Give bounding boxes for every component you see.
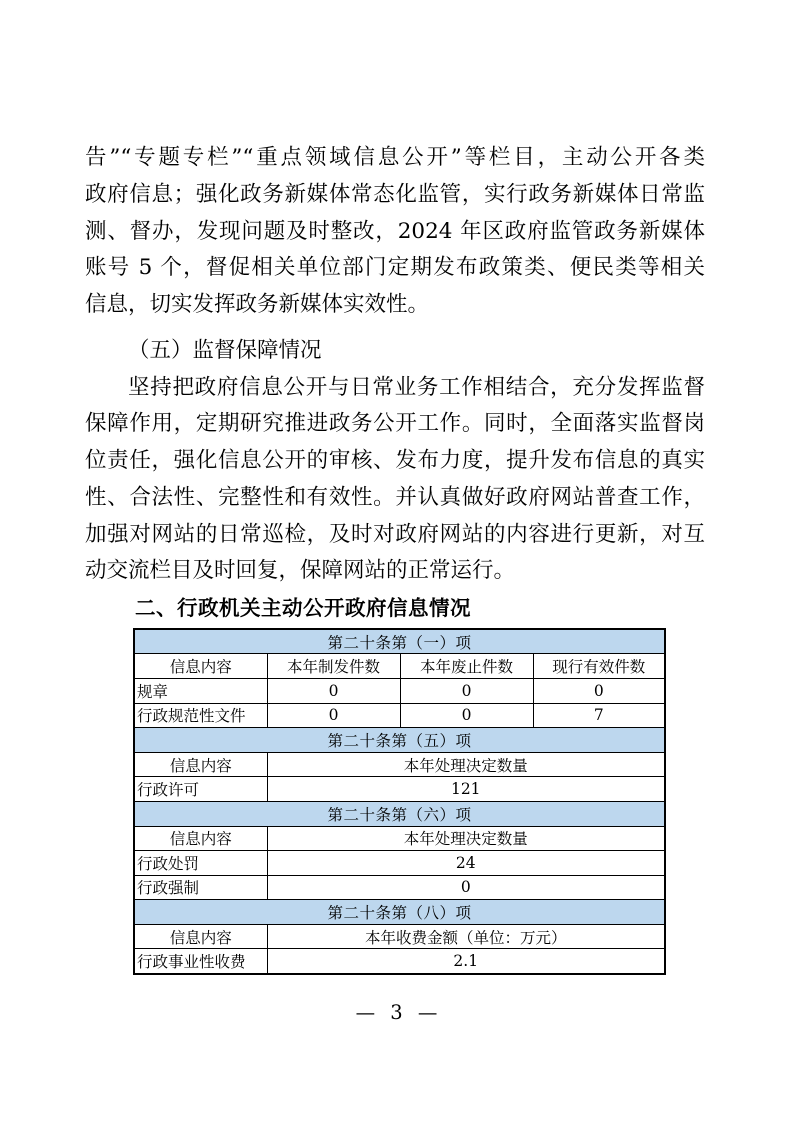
disclosure-table: 第二十条第（一）项 信息内容 本年制发件数 本年废止件数 现行有效件数 规章 0…: [133, 628, 666, 975]
column-header: 本年制发件数: [267, 654, 400, 679]
column-header: 信息内容: [134, 924, 267, 949]
table-band: 第二十条第（六）项: [134, 801, 665, 826]
column-header: 本年处理决定数量: [267, 826, 665, 851]
cell-value: 0: [400, 678, 533, 703]
table-row: 行政事业性收费 2.1: [134, 949, 665, 974]
table-band: 第二十条第（五）项: [134, 728, 665, 753]
table-band: 第二十条第（一）项: [134, 629, 665, 654]
table-row: 信息内容 本年处理决定数量: [134, 752, 665, 777]
table-row: 信息内容 本年制发件数 本年废止件数 现行有效件数: [134, 654, 665, 679]
body-line: 告”“专题专栏”“重点领域信息公开”等栏目，主动公开各类: [85, 140, 705, 177]
cell-value: 0: [400, 703, 533, 728]
body-line: 性、合法性、完整性和有效性。并认真做好政府网站普查工作，: [85, 480, 705, 517]
body-line: 加强对网站的日常巡检，及时对政府网站的内容进行更新，对互: [85, 517, 705, 554]
cell-value: 0: [533, 678, 665, 703]
row-label: 规章: [134, 678, 267, 703]
row-label: 行政许可: [134, 777, 267, 802]
table-row: 行政许可 121: [134, 777, 665, 802]
subsection-heading: （五）监督保障情况: [85, 333, 705, 370]
table-row: 第二十条第（一）项: [134, 629, 665, 654]
cell-value: 7: [533, 703, 665, 728]
column-header: 信息内容: [134, 826, 267, 851]
cell-value: 121: [267, 777, 665, 802]
table-row: 信息内容 本年处理决定数量: [134, 826, 665, 851]
body-line: 信息，切实发挥政务新媒体实效性。: [85, 287, 705, 324]
table-row: 信息内容 本年收费金额（单位：万元）: [134, 924, 665, 949]
page-number: — 3 —: [0, 1001, 793, 1024]
section-heading: 二、行政机关主动公开政府信息情况: [85, 590, 705, 627]
cell-value: 0: [267, 703, 400, 728]
body-line: 测、督办，发现问题及时整改，2024 年区政府监管政务新媒体: [85, 214, 705, 251]
column-header: 本年收费金额（单位：万元）: [267, 924, 665, 949]
table-row: 行政强制 0: [134, 875, 665, 900]
paragraph-continuation: 告”“专题专栏”“重点领域信息公开”等栏目，主动公开各类 政府信息；强化政务新媒…: [85, 140, 705, 324]
document-page: 告”“专题专栏”“重点领域信息公开”等栏目，主动公开各类 政府信息；强化政务新媒…: [0, 0, 793, 1122]
table-row: 行政处罚 24: [134, 851, 665, 876]
row-label: 行政规范性文件: [134, 703, 267, 728]
table-band: 第二十条第（八）项: [134, 900, 665, 925]
table-row: 第二十条第（八）项: [134, 900, 665, 925]
column-header: 现行有效件数: [533, 654, 665, 679]
body-line: 位责任，强化信息公开的审核、发布力度，提升发布信息的真实: [85, 443, 705, 480]
body-line: 保障作用，定期研究推进政务公开工作。同时，全面落实监督岗: [85, 406, 705, 443]
table-row: 第二十条第（六）项: [134, 801, 665, 826]
row-label: 行政事业性收费: [134, 949, 267, 974]
table-row: 第二十条第（五）项: [134, 728, 665, 753]
body-line: 动交流栏目及时回复，保障网站的正常运行。: [85, 553, 705, 590]
table-row: 行政规范性文件 0 0 7: [134, 703, 665, 728]
table-row: 规章 0 0 0: [134, 678, 665, 703]
column-header: 信息内容: [134, 654, 267, 679]
body-line: 账号 5 个，督促相关单位部门定期发布政策类、便民类等相关: [85, 250, 705, 287]
cell-value: 0: [267, 875, 665, 900]
cell-value: 24: [267, 851, 665, 876]
row-label: 行政强制: [134, 875, 267, 900]
column-header: 本年废止件数: [400, 654, 533, 679]
paragraph-supervision: 坚持把政府信息公开与日常业务工作相结合，充分发挥监督 保障作用，定期研究推进政务…: [85, 370, 705, 591]
row-label: 行政处罚: [134, 851, 267, 876]
column-header: 信息内容: [134, 752, 267, 777]
column-header: 本年处理决定数量: [267, 752, 665, 777]
cell-value: 0: [267, 678, 400, 703]
body-line: 政府信息；强化政务新媒体常态化监管，实行政务新媒体日常监: [85, 177, 705, 214]
document-content: 告”“专题专栏”“重点领域信息公开”等栏目，主动公开各类 政府信息；强化政务新媒…: [85, 140, 705, 975]
body-line: 坚持把政府信息公开与日常业务工作相结合，充分发挥监督: [85, 370, 705, 407]
cell-value: 2.1: [267, 949, 665, 974]
